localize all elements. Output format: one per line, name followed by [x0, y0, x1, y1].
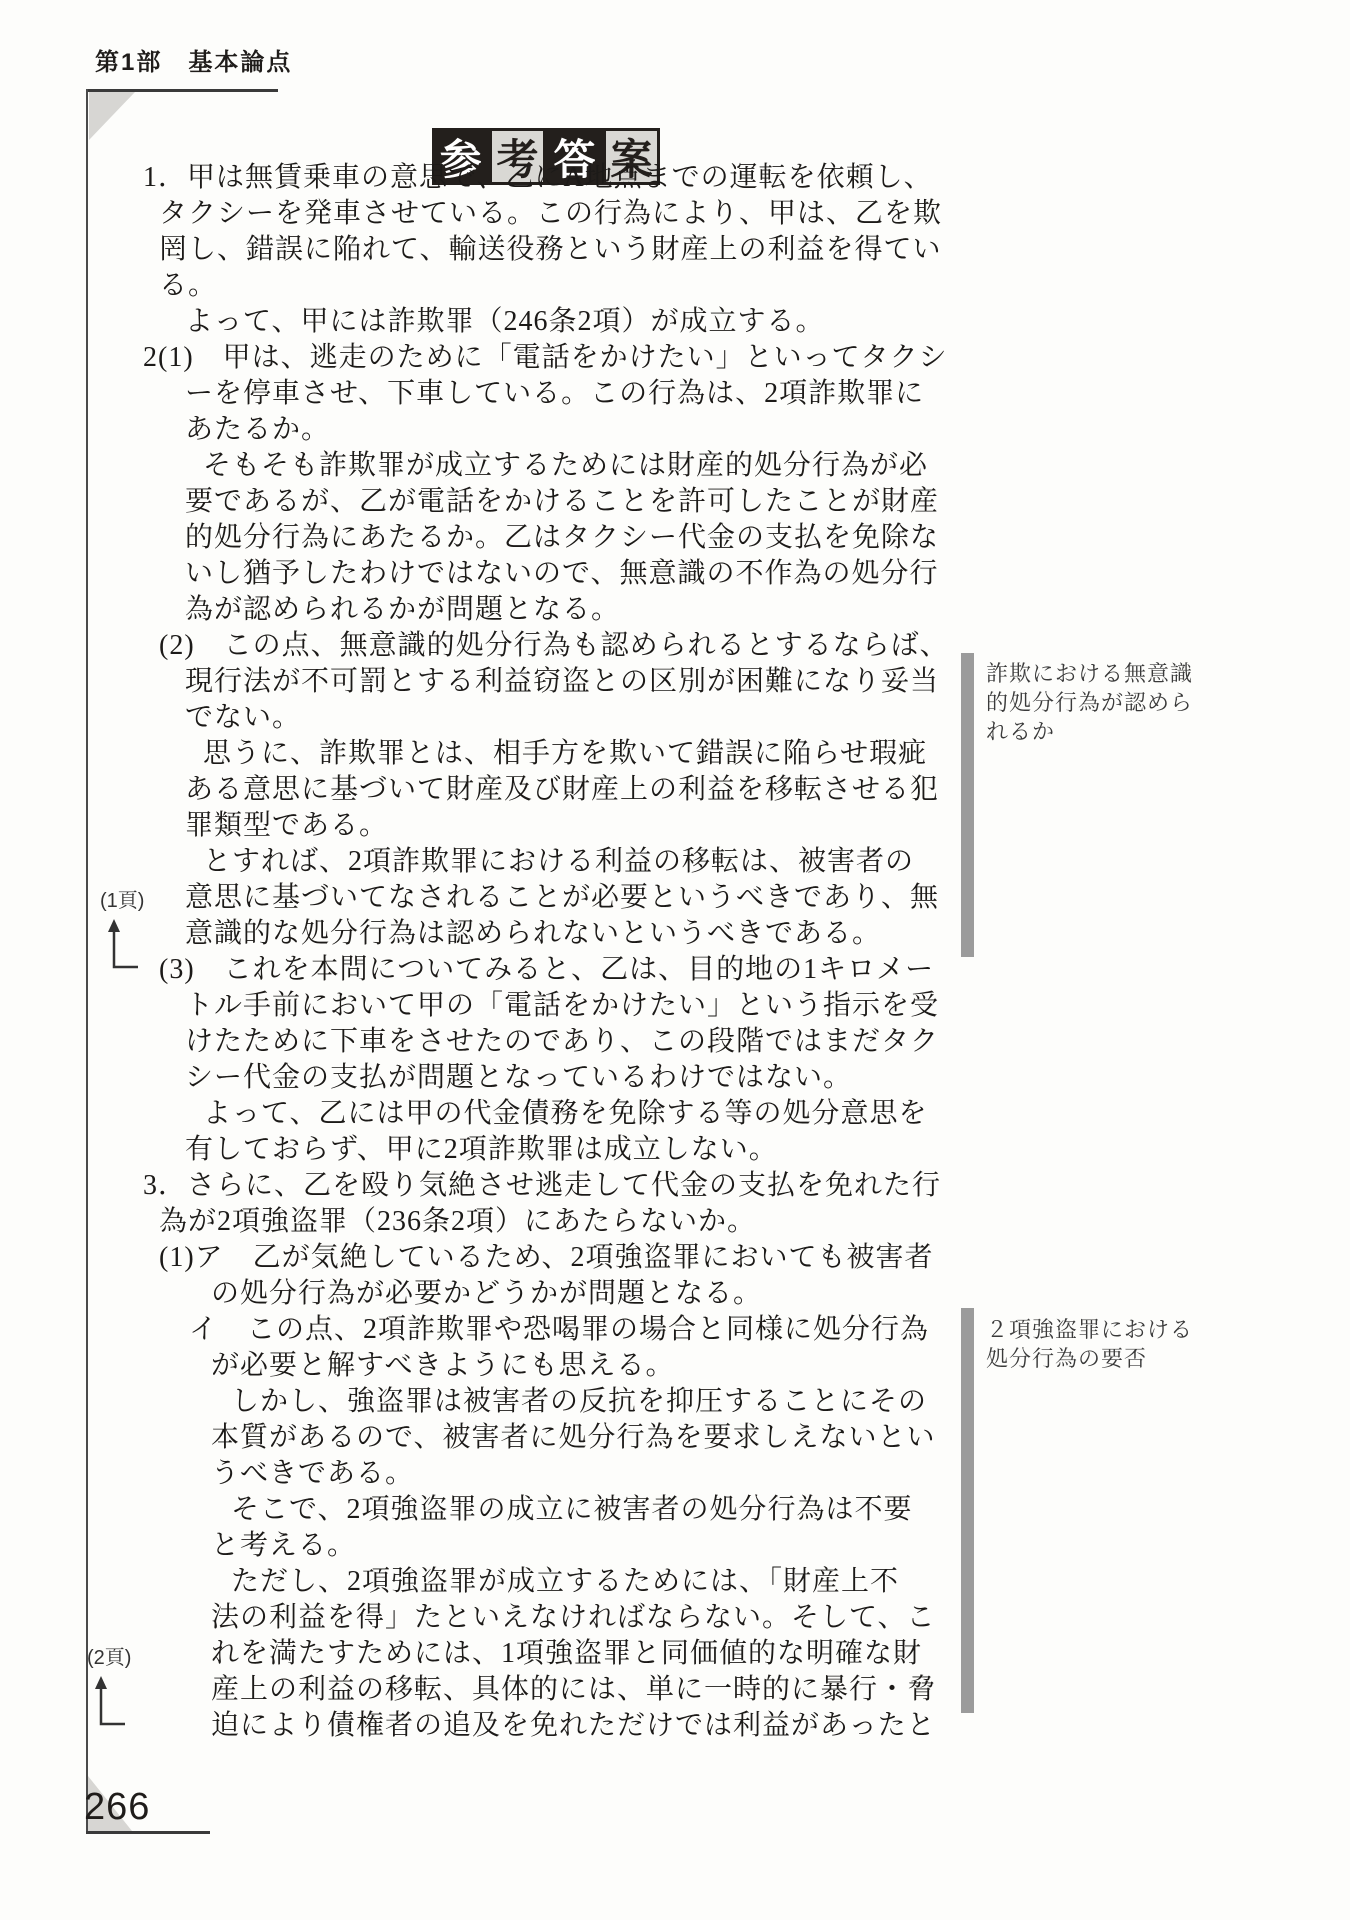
body-line: そこで、2項強盗罪の成立に被害者の処分行為は不要 — [143, 1492, 983, 1528]
header-rule — [88, 89, 278, 92]
body-line: 現行法が不可罰とする利益窃盗との区別が困難になり妥当 — [143, 664, 983, 700]
body-line: 罔し、錯誤に陥れて、輸送役務という財産上の利益を得てい — [143, 232, 983, 268]
body-line: とすれば、2項詐欺罪における利益の移転は、被害者の — [143, 844, 983, 880]
body-line: 為が認められるかが問題となる。 — [143, 592, 983, 628]
body-line: よって、甲には詐欺罪（246条2項）が成立する。 — [143, 304, 983, 340]
body-line: (2) この点、無意識的処分行為も認められるとするならば、 — [143, 628, 983, 664]
margin-note-line: 的処分行為が認めら — [986, 688, 1226, 717]
body-line: 意識的な処分行為は認められないというべきである。 — [143, 916, 983, 952]
body-line: が必要と解すべきようにも思える。 — [143, 1348, 983, 1384]
body-line: 産上の利益の移転、具体的には、単に一時的に暴行・脅 — [143, 1672, 983, 1708]
margin-note-bar-2 — [961, 1308, 974, 1713]
body-line: いし猶予したわけではないので、無意識の不作為の処分行 — [143, 556, 983, 592]
body-line: よって、乙には甲の代金債務を免除する等の処分意思を — [143, 1096, 983, 1132]
body-line: 要であるが、乙が電話をかけることを許可したことが財産 — [143, 484, 983, 520]
left-border-rule — [86, 89, 88, 1833]
body-line: あたるか。 — [143, 412, 983, 448]
page-number: 266 — [84, 1786, 150, 1829]
body-line: 法の利益を得」たといえなければならない。そして、こ — [143, 1600, 983, 1636]
body-line: タクシーを発車させている。この行為により、甲は、乙を欺 — [143, 196, 983, 232]
body-line: 意思に基づいてなされることが必要というべきであり、無 — [143, 880, 983, 916]
body-line: ーを停車させ、下車している。この行為は、2項詐欺罪に — [143, 376, 983, 412]
body-line: 本質があるので、被害者に処分行為を要求しえないとい — [143, 1420, 983, 1456]
body-line: 思うに、詐欺罪とは、相手方を欺いて錯誤に陥らせ瑕疵 — [143, 736, 983, 772]
page-break-label: (1頁) — [100, 890, 144, 912]
margin-note-bar-1 — [961, 653, 974, 957]
body-line: の処分行為が必要かどうかが問題となる。 — [143, 1276, 983, 1312]
body-line: 2(1) 甲は、逃走のために「電話をかけたい」といってタクシ — [143, 340, 983, 376]
top-corner-triangle — [89, 92, 135, 140]
page-break-arrow-icon — [93, 1674, 129, 1730]
body-line: 為が2項強盗罪（236条2項）にあたらないか。 — [143, 1204, 983, 1240]
body-line: そもそも詐欺罪が成立するためには財産的処分行為が必 — [143, 448, 983, 484]
body-line: イ この点、2項詐欺罪や恐喝罪の場合と同様に処分行為 — [143, 1312, 983, 1348]
body-line: と考える。 — [143, 1528, 983, 1564]
body-line: しかし、強盗罪は被害者の反抗を抑圧することにその — [143, 1384, 983, 1420]
body-line: けたために下車をさせたのであり、この段階ではまだタク — [143, 1024, 983, 1060]
book-page: 第1部 基本論点 参考答案 1．甲は無賃乗車の意思で、乙にA地点までの運転を依頼… — [0, 0, 1350, 1920]
body-line: 罪類型である。 — [143, 808, 983, 844]
margin-note-line: れるか — [986, 717, 1226, 746]
page-break-label: (2頁) — [87, 1647, 131, 1669]
margin-note-2: ２項強盗罪における処分行為の要否 — [986, 1315, 1226, 1373]
body-line: でない。 — [143, 700, 983, 736]
body-line: 迫により債権者の追及を免れただけでは利益があったと — [143, 1708, 983, 1744]
page-break-marker-1: (1頁) — [100, 884, 144, 973]
margin-note-line: ２項強盗罪における — [986, 1315, 1226, 1344]
body-line: る。 — [143, 268, 983, 304]
margin-note-line: 詐欺における無意識 — [986, 659, 1226, 688]
bottom-rule — [86, 1831, 210, 1834]
body-line: シー代金の支払が問題となっているわけではない。 — [143, 1060, 983, 1096]
body-line: (3) これを本問についてみると、乙は、目的地の1キロメー — [143, 952, 983, 988]
body-line: ただし、2項強盗罪が成立するためには、「財産上不 — [143, 1564, 983, 1600]
body-line: 的処分行為にあたるか。乙はタクシー代金の支払を免除な — [143, 520, 983, 556]
answer-body: 1．甲は無賃乗車の意思で、乙にA地点までの運転を依頼し、タクシーを発車させている… — [143, 160, 983, 1744]
margin-note-1: 詐欺における無意識的処分行為が認められるか — [986, 659, 1226, 746]
body-line: うべきである。 — [143, 1456, 983, 1492]
body-line: (1)ア 乙が気絶しているため、2項強盗罪においても被害者 — [143, 1240, 983, 1276]
running-header: 第1部 基本論点 — [95, 42, 292, 77]
body-line: トル手前において甲の「電話をかけたい」という指示を受 — [143, 988, 983, 1024]
body-line: 1．甲は無賃乗車の意思で、乙にA地点までの運転を依頼し、 — [143, 160, 983, 196]
body-line: ある意思に基づいて財産及び財産上の利益を移転させる犯 — [143, 772, 983, 808]
body-line: 有しておらず、甲に2項詐欺罪は成立しない。 — [143, 1132, 983, 1168]
margin-note-line: 処分行為の要否 — [986, 1344, 1226, 1373]
body-line: 3．さらに、乙を殴り気絶させ逃走して代金の支払を免れた行 — [143, 1168, 983, 1204]
body-line: れを満たすためには、1項強盗罪と同価値的な明確な財 — [143, 1636, 983, 1672]
page-break-marker-2: (2頁) — [87, 1641, 131, 1730]
page-break-arrow-icon — [106, 917, 142, 973]
